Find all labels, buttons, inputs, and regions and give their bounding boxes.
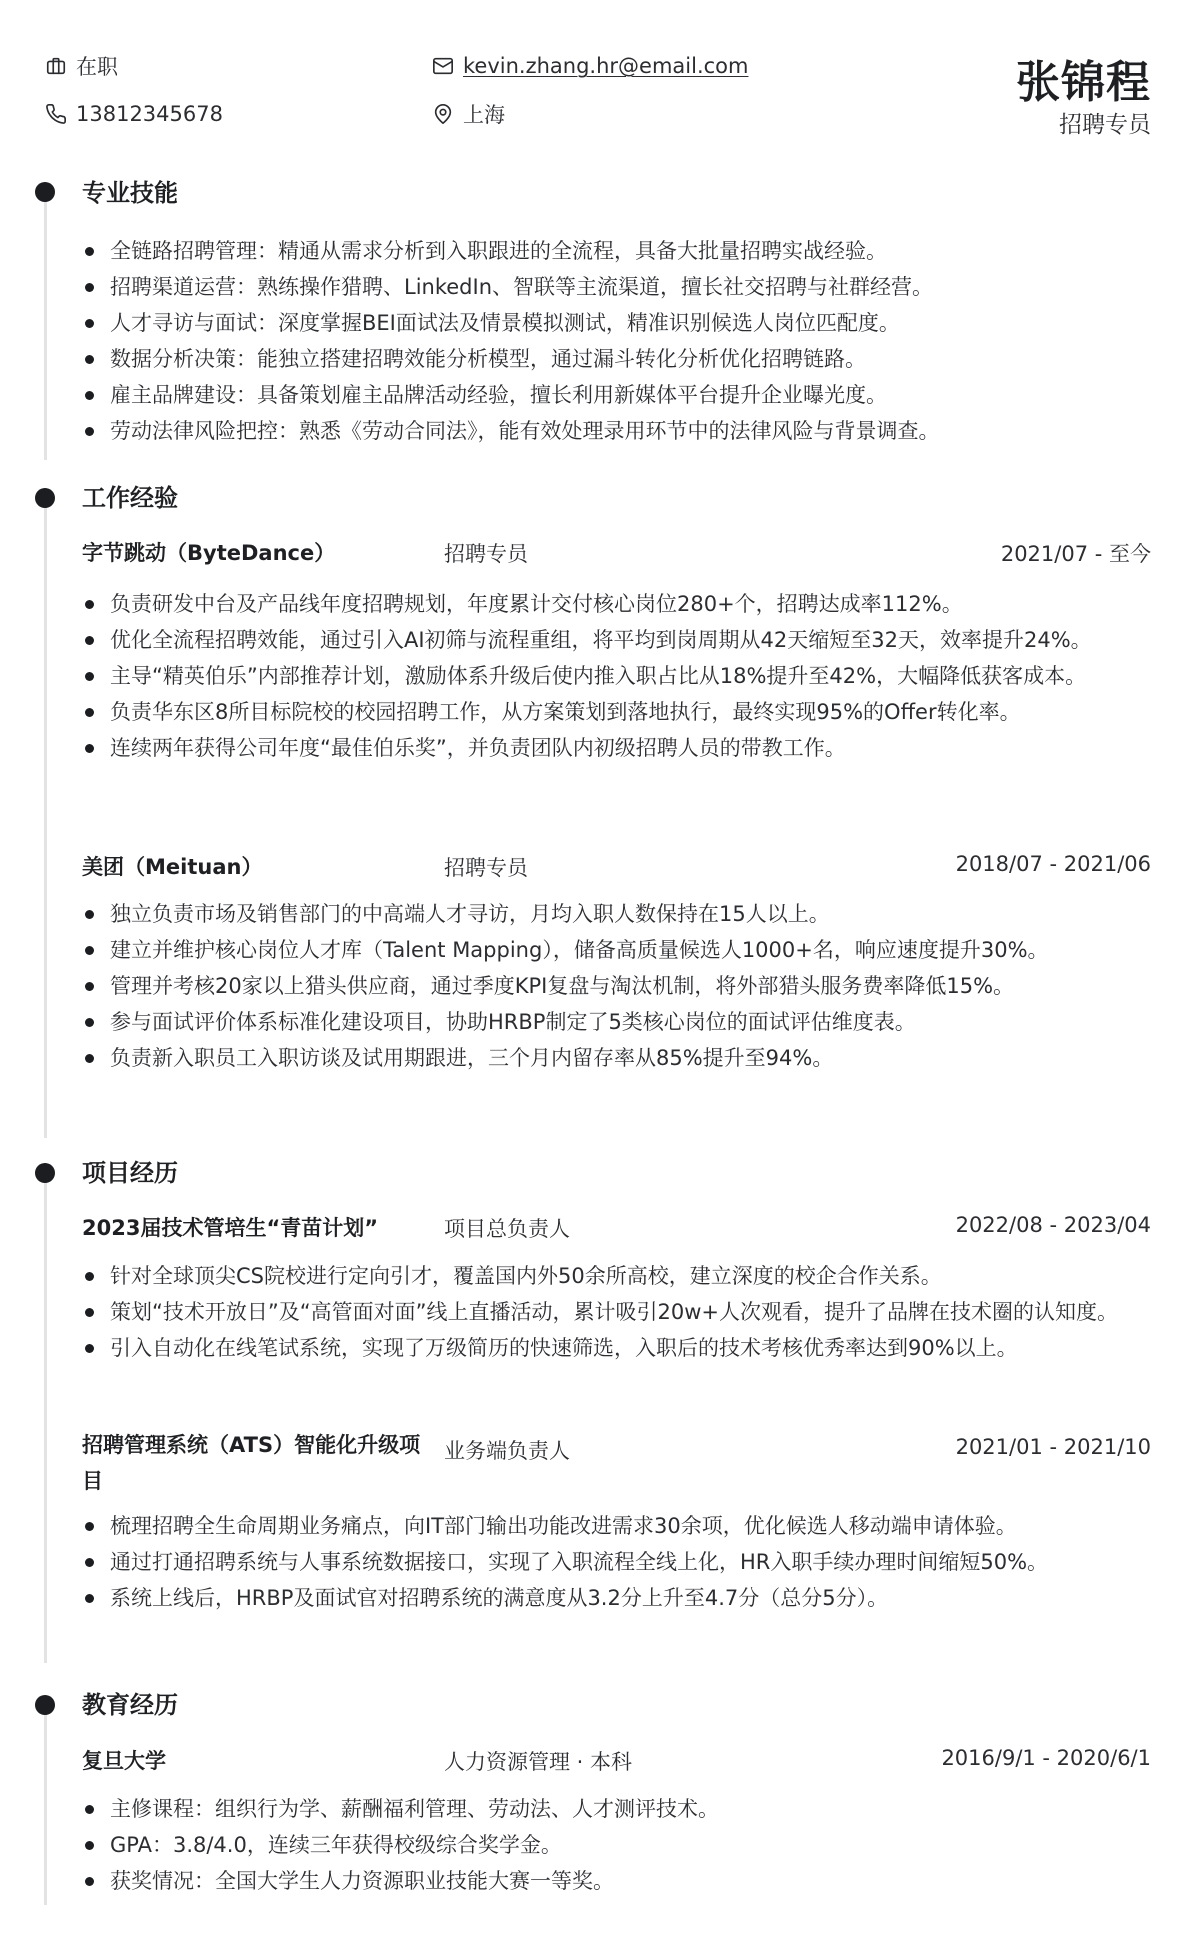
briefcase-icon [45,55,67,77]
project-name: 招聘管理系统（ATS）智能化升级项目 [82,1427,432,1499]
date-range: 2016/9/1 - 2020/6/1 [941,1746,1151,1770]
email-contact: kevin.zhang.hr@email.com [432,51,748,81]
list-item: 建立并维护核心岗位人才库（Talent Mapping），储备高质量候选人100… [82,932,1142,968]
work-bullets: 独立负责市场及销售部门的中高端人才寻访，月均入职人数保持在15人以上。 建立并维… [82,896,1142,1076]
mail-icon [432,55,454,77]
list-item: 参与面试评价体系标准化建设项目，协助HRBP制定了5类核心岗位的面试评估维度表。 [82,1004,1142,1040]
employment-status: 在职 [45,51,118,81]
list-item: 主导“精英伯乐”内部推荐计划，激励体系升级后使内推入职占比从18%提升至42%，… [82,658,1142,694]
map-pin-icon [432,103,454,125]
list-item: 全链路招聘管理：精通从需求分析到入职跟进的全流程，具备大批量招聘实战经验。 [82,233,1142,269]
city-text: 上海 [463,99,505,129]
job-role: 招聘专员 [444,538,528,568]
list-item: 系统上线后，HRBP及面试官对招聘系统的满意度从3.2分上升至4.7分（总分5分… [82,1580,1142,1616]
project-bullets: 针对全球顶尖CS院校进行定向引才，覆盖国内外50余所高校，建立深度的校企合作关系… [82,1258,1142,1366]
list-item: 负责新入职员工入职访谈及试用期跟进，三个月内留存率从85%提升至94%。 [82,1040,1142,1076]
location: 上海 [432,99,505,129]
list-item: 负责研发中台及产品线年度招聘规划，年度累计交付核心岗位280+个，招聘达成率11… [82,586,1142,622]
resume-page: 在职 13812345678 kevin.zhang.hr@email.com … [0,0,1191,1956]
list-item: 劳动法律风险把控：熟悉《劳动合同法》，能有效处理录用环节中的法律风险与背景调查。 [82,413,1142,449]
email-link[interactable]: kevin.zhang.hr@email.com [463,54,748,78]
list-item: 针对全球顶尖CS院校进行定向引才，覆盖国内外50余所高校，建立深度的校企合作关系… [82,1258,1142,1294]
list-item: 负责华东区8所目标院校的校园招聘工作，从方案策划到落地执行，最终实现95%的Of… [82,694,1142,730]
timeline-dot [35,1163,55,1183]
list-item: 连续两年获得公司年度“最佳伯乐奖”，并负责团队内初级招聘人员的带教工作。 [82,730,1142,766]
resume-header: 在职 13812345678 kevin.zhang.hr@email.com … [45,46,1151,146]
list-item: 优化全流程招聘效能，通过引入AI初筛与流程重组，将平均到岗周期从42天缩短至32… [82,622,1142,658]
timeline-dot [35,1695,55,1715]
phone-number: 13812345678 [45,99,223,129]
list-item: 人才寻访与面试：深度掌握BEI面试法及情景模拟测试，精准识别候选人岗位匹配度。 [82,305,1142,341]
timeline-line [44,1695,47,1905]
phone-icon [45,103,67,125]
list-item: 主修课程：组织行为学、薪酬福利管理、劳动法、人才测评技术。 [82,1791,1142,1827]
timeline-line [44,1163,47,1663]
list-item: 梳理招聘全生命周期业务痛点，向IT部门输出功能改进需求30余项，优化候选人移动端… [82,1508,1142,1544]
company-name: 字节跳动（ByteDance） [82,538,432,568]
list-item: 独立负责市场及销售部门的中高端人才寻访，月均入职人数保持在15人以上。 [82,896,1142,932]
section-title: 项目经历 [82,1153,178,1188]
major-degree: 人力资源管理 · 本科 [444,1746,632,1776]
project-bullets: 梳理招聘全生命周期业务痛点，向IT部门输出功能改进需求30余项，优化候选人移动端… [82,1508,1142,1616]
list-item: 招聘渠道运营：熟练操作猎聘、LinkedIn、智联等主流渠道，擅长社交招聘与社群… [82,269,1142,305]
project-role: 业务端负责人 [444,1435,570,1465]
list-item: 通过打通招聘系统与人事系统数据接口，实现了入职流程全线上化，HR入职手续办理时间… [82,1544,1142,1580]
section-title: 教育经历 [82,1685,178,1720]
job-role: 招聘专员 [444,852,528,882]
list-item: 雇主品牌建设：具备策划雇主品牌活动经验，擅长利用新媒体平台提升企业曝光度。 [82,377,1142,413]
project-name: 2023届技术管培生“青苗计划” [82,1213,432,1243]
timeline-dot [35,488,55,508]
section-title: 工作经验 [82,478,178,513]
list-item: 数据分析决策：能独立搭建招聘效能分析模型，通过漏斗转化分析优化招聘链路。 [82,341,1142,377]
date-range: 2018/07 - 2021/06 [956,852,1151,876]
date-range: 2022/08 - 2023/04 [956,1213,1151,1237]
work-bullets: 负责研发中台及产品线年度招聘规划，年度累计交付核心岗位280+个，招聘达成率11… [82,586,1142,766]
date-range: 2021/07 - 至今 [1001,538,1151,568]
candidate-name: 张锦程 [1016,46,1151,110]
timeline-line [44,182,47,460]
project-role: 项目总负责人 [444,1213,570,1243]
status-text: 在职 [76,51,118,81]
list-item: 引入自动化在线笔试系统，实现了万级简历的快速筛选，入职后的技术考核优秀率达到90… [82,1330,1142,1366]
date-range: 2021/01 - 2021/10 [956,1435,1151,1459]
list-item: GPA：3.8/4.0，连续三年获得校级综合奖学金。 [82,1827,1142,1863]
list-item: 管理并考核20家以上猎头供应商，通过季度KPI复盘与淘汰机制，将外部猎头服务费率… [82,968,1142,1004]
list-item: 策划“技术开放日”及“高管面对面”线上直播活动，累计吸引20w+人次观看，提升了… [82,1294,1142,1330]
school-name: 复旦大学 [82,1746,432,1776]
skills-list: 全链路招聘管理：精通从需求分析到入职跟进的全流程，具备大批量招聘实战经验。 招聘… [82,233,1142,449]
education-bullets: 主修课程：组织行为学、薪酬福利管理、劳动法、人才测评技术。 GPA：3.8/4.… [82,1791,1142,1899]
phone-text: 13812345678 [76,102,223,126]
company-name: 美团（Meituan） [82,852,432,882]
timeline-dot [35,182,55,202]
section-title: 专业技能 [82,173,178,208]
timeline-line [44,488,47,1138]
candidate-title: 招聘专员 [1059,106,1151,139]
list-item: 获奖情况：全国大学生人力资源职业技能大赛一等奖。 [82,1863,1142,1899]
